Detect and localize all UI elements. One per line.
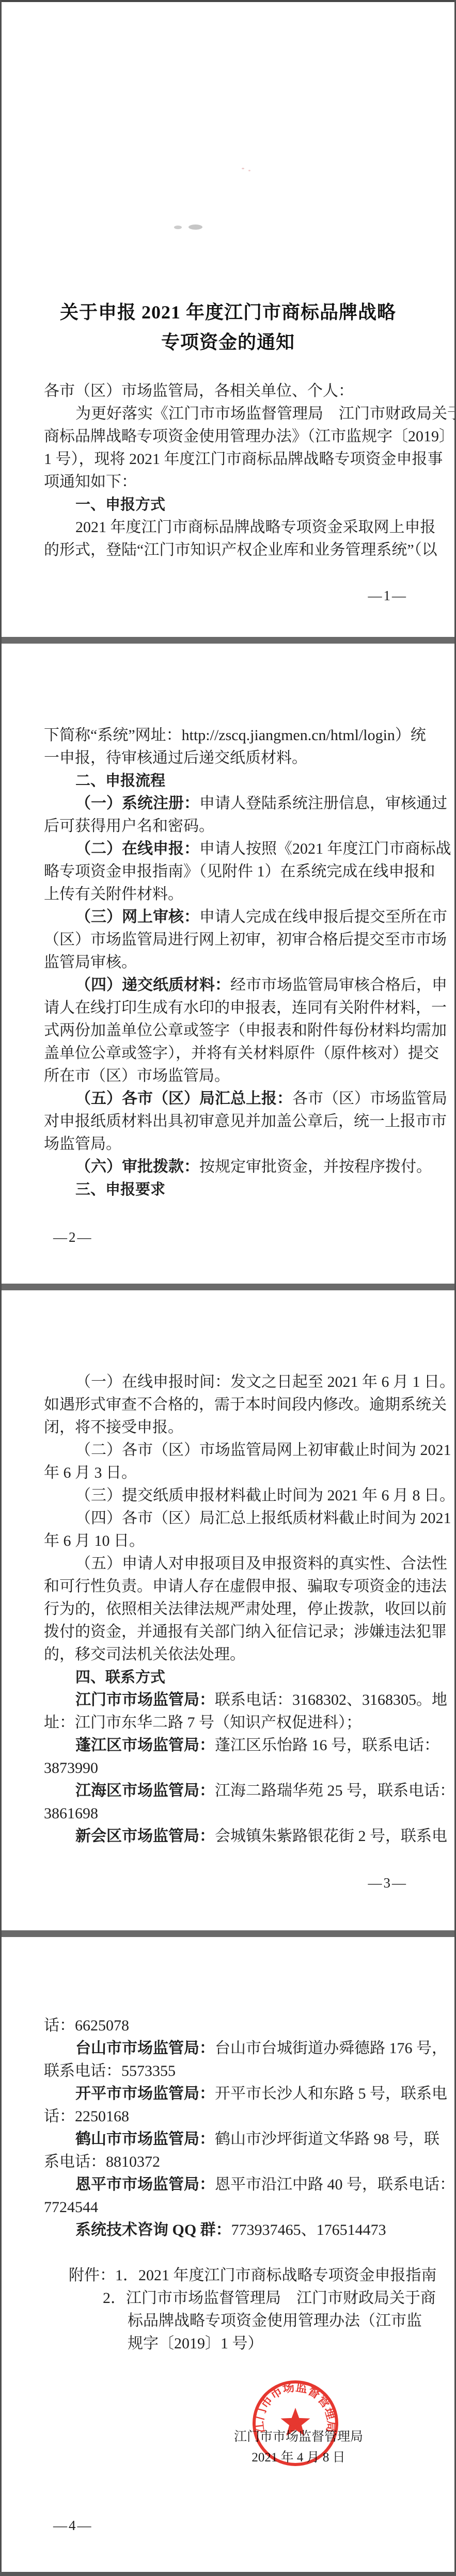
text-line: 二、申报流程 — [44, 770, 421, 792]
text-run: 773937465、176514473 — [231, 2221, 386, 2238]
text-run: 行为的，依照相关法律法规严肃处理，停止拨款，收回以前 — [44, 1601, 447, 1618]
text-run: 为更好落实《江门市市场监督管理局 江门市财政局关于 — [75, 405, 454, 422]
bold-lead-in: （一）系统注册： — [75, 795, 199, 812]
text-run: 各市（区）市场监管局，各相关单位、个人： — [44, 382, 354, 399]
text-line: 规字〔2019〕1 号） — [44, 2332, 421, 2355]
text-line: 闭，将不接受申报。 — [44, 1416, 421, 1439]
text-line: 1 号），现将 2021 年度江门市商标品牌战略专项资金申报事 — [44, 448, 421, 471]
text-run: 鹤山市沙坪街道文华路 98 号，联 — [215, 2131, 439, 2148]
text-run: 式两份加盖单位公章或签字（申报表和附件每份材料均需加 — [44, 1022, 447, 1039]
bold-lead-in: 新会区市场监管局： — [75, 1828, 215, 1845]
page-2: 下简称“系统”网址：http://zscq.jiangmen.cn/html/l… — [2, 644, 454, 1284]
body-block: 下简称“系统”网址：http://zscq.jiangmen.cn/html/l… — [44, 724, 421, 1201]
text-run: 会城镇朱紫路银花街 2 号，联系电 — [215, 1828, 447, 1845]
text-run: 址：江门市东华二路 7 号（知识产权促进科）； — [44, 1714, 361, 1731]
text-run: 上传有关附件材料。 — [44, 886, 183, 903]
text-line: 为更好落实《江门市市场监督管理局 江门市财政局关于 — [44, 403, 421, 425]
text-run: 标品牌战略专项资金使用管理办法（江市监 — [128, 2312, 422, 2329]
text-line: 的，移交司法机关依法处理。 — [44, 1643, 421, 1666]
text-run: 恩平市沿江中路 40 号，联系电话： — [215, 2176, 454, 2193]
official-stamp-icon: 江门市市场监督管理局 — [246, 2374, 344, 2472]
bold-lead-in: 恩平市市场监管局： — [75, 2176, 215, 2193]
text-run: （一）在线申报时间：发文之日起至 2021 年 6 月 1 日。 — [75, 1373, 454, 1390]
text-run: 1 号），现将 2021 年度江门市商标品牌战略专项资金申报事 — [44, 451, 443, 468]
document-title-line: 关于申报 2021 年度江门市商标品牌战略 — [2, 297, 454, 327]
text-line: 的形式，登陆“江门市知识产权企业库和业务管理系统”（以 — [44, 539, 421, 562]
text-line: 场监管局。 — [44, 1133, 421, 1156]
section-heading: 四、联系方式 — [75, 1669, 165, 1686]
text-line: 商标品牌战略专项资金使用管理办法》（江市监规字〔2019〕 — [44, 425, 421, 448]
text-line: （一）在线申报时间：发文之日起至 2021 年 6 月 1 日。 — [44, 1371, 421, 1394]
text-line: 标品牌战略专项资金使用管理办法（江市监 — [44, 2310, 421, 2332]
text-line: 系电话：8810372 — [44, 2151, 421, 2173]
bold-lead-in: （二）在线申报： — [75, 840, 199, 857]
text-run: （区）市场监管局进行网上初审，初审合格后提交至市市场 — [44, 931, 447, 948]
text-line: 联系电话：5573355 — [44, 2060, 421, 2083]
text-run: 场监管局。 — [44, 1135, 121, 1153]
text-run: 2．江门市市场监督管理局 江门市财政局关于商 — [103, 2290, 436, 2307]
text-line: 3873990 — [44, 1757, 421, 1780]
body-block: （一）在线申报时间：发文之日起至 2021 年 6 月 1 日。如遇形式审查不合… — [44, 1371, 421, 1848]
text-run: 开平市长沙人和东路 5 号，联系电 — [215, 2085, 447, 2102]
text-line: 7724544 — [44, 2196, 421, 2219]
scan-artifact — [248, 170, 250, 171]
text-run: 蓬江区乐怡路 16 号，联系电话： — [215, 1737, 439, 1754]
text-line: （一）系统注册：申请人登陆系统注册信息，审核通过 — [44, 792, 421, 815]
bold-lead-in: （四）递交纸质材料： — [75, 977, 230, 994]
bold-lead-in: 开平市市场监管局： — [75, 2085, 215, 2102]
attachments-block: 附件：1．2021 年度江门市商标战略专项资金申报指南2．江门市市场监督管理局 … — [44, 2264, 421, 2355]
text-run: 3861698 — [44, 1805, 98, 1822]
text-run: 2021 年度江门市商标品牌战略专项资金采取网上申报 — [75, 519, 436, 536]
text-line: （区）市场监管局进行网上初审，初审合格后提交至市市场 — [44, 929, 421, 951]
bold-lead-in: 江海区市场监管局： — [75, 1782, 215, 1799]
page-1: 关于申报 2021 年度江门市商标品牌战略专项资金的通知各市（区）市场监管局，各… — [2, 2, 454, 637]
text-line: 2．江门市市场监督管理局 江门市财政局关于商 — [44, 2287, 421, 2310]
body-block: 话：6625078台山市市场监管局：台山市台城街道办舜德路 176 号，联系电话… — [44, 2014, 421, 2242]
page-3: （一）在线申报时间：发文之日起至 2021 年 6 月 1 日。如遇形式审查不合… — [2, 1290, 454, 1930]
text-line: 各市（区）市场监管局，各相关单位、个人： — [44, 380, 421, 403]
text-line: 三、申报要求 — [44, 1178, 421, 1201]
frame-top-strip — [0, 0, 456, 2]
text-run: 7724544 — [44, 2199, 98, 2216]
bold-lead-in: 鹤山市市场监管局： — [75, 2131, 215, 2148]
star-icon — [281, 2408, 310, 2436]
text-line: 四、联系方式 — [44, 1666, 421, 1689]
text-run: 申请人完成在线申报后提交至所在市 — [199, 908, 447, 925]
text-line: 后可获得用户名和密码。 — [44, 815, 421, 838]
text-line: 式两份加盖单位公章或签字（申报表和附件每份材料均需加 — [44, 1019, 421, 1042]
text-run: 各市（区）市场监管局 — [292, 1090, 447, 1107]
text-line: 话：2250168 — [44, 2105, 421, 2128]
text-line: 如遇形式审查不合格的，需于本时间段内修改。逾期系统关 — [44, 1394, 421, 1416]
text-run: 请人在线打印生成有水印的申报表，连同有关附件材料，一 — [44, 999, 447, 1016]
text-run: 台山市台城街道办舜德路 176 号， — [215, 2040, 447, 2057]
page-number: —2— — [53, 1226, 93, 1249]
page-4: 话：6625078台山市市场监管局：台山市台城街道办舜德路 176 号，联系电话… — [2, 1937, 454, 2572]
text-run: 略专项资金申报指南》（见附件 1）在系统完成在线申报和 — [44, 863, 435, 880]
text-run: 按规定审批资金，并按程序拨付。 — [199, 1158, 432, 1175]
text-line: 开平市市场监管局：开平市长沙人和东路 5 号，联系电 — [44, 2083, 421, 2105]
text-line: 址：江门市东华二路 7 号（知识产权促进科）； — [44, 1711, 421, 1734]
section-heading: 一、申报方式 — [75, 497, 165, 513]
text-line: 盖单位公章或签字），并将有关材料原件（原件核对）提交 — [44, 1042, 421, 1065]
text-line: 鹤山市市场监管局：鹤山市沙坪街道文华路 98 号，联 — [44, 2128, 421, 2151]
scan-artifact — [188, 225, 202, 230]
text-run: 后可获得用户名和密码。 — [44, 818, 214, 835]
text-line: 年 6 月 3 日。 — [44, 1462, 421, 1484]
text-run: 的形式，登陆“江门市知识产权企业库和业务管理系统”（以 — [44, 541, 437, 558]
bold-lead-in: （六）审批拨款： — [75, 1158, 199, 1175]
text-run: 申请人登陆系统注册信息，审核通过 — [199, 795, 447, 812]
text-line: 台山市市场监管局：台山市台城街道办舜德路 176 号， — [44, 2037, 421, 2060]
text-line: 附件：1．2021 年度江门市商标战略专项资金申报指南 — [44, 2264, 421, 2287]
text-line: （三）网上审核：申请人完成在线申报后提交至所在市 — [44, 906, 421, 929]
text-line: 江门市市场监管局：联系电话：3168302、3168305。地 — [44, 1689, 421, 1711]
text-line: 江海区市场监管局：江海二路瑞华苑 25 号，联系电话： — [44, 1780, 421, 1802]
text-run: 联系电话：3168302、3168305。地 — [215, 1691, 447, 1708]
frame-left-strip — [0, 0, 2, 2576]
text-run: （二）各市（区）市场监管局网上初审截止时间为 2021 — [75, 1442, 451, 1459]
text-run: 项通知如下： — [44, 473, 137, 490]
text-run: 年 6 月 10 日。 — [44, 1532, 145, 1549]
text-line: （五）申请人对申报项目及申报资料的真实性、合法性 — [44, 1553, 421, 1575]
text-line: 蓬江区市场监管局：蓬江区乐怡路 16 号，联系电话： — [44, 1734, 421, 1757]
text-run: 附件：1．2021 年度江门市商标战略专项资金申报指南 — [69, 2267, 437, 2284]
text-run: 拨付的资金，并通报有关部门纳入征信记录；涉嫌违法犯罪 — [44, 1623, 447, 1640]
text-run: 江海二路瑞华苑 25 号，联系电话： — [215, 1782, 454, 1799]
text-line: （二）各市（区）市场监管局网上初审截止时间为 2021 — [44, 1439, 421, 1462]
text-run: （三）提交纸质申报材料截止时间为 2021 年 6 月 8 日。 — [75, 1487, 454, 1504]
text-line: （四）各市（区）局汇总上报纸质材料截止时间为 2021 — [44, 1507, 421, 1530]
text-line: （四）递交纸质材料：经市市场监管局审核合格后，申 — [44, 974, 421, 997]
text-run: 联系电话：5573355 — [44, 2062, 176, 2079]
text-line: 拨付的资金，并通报有关部门纳入征信记录；涉嫌违法犯罪 — [44, 1621, 421, 1643]
text-line: 下简称“系统”网址：http://zscq.jiangmen.cn/html/l… — [44, 724, 421, 747]
page-number: —3— — [368, 1871, 408, 1894]
document-title-line: 专项资金的通知 — [2, 327, 454, 357]
text-line: 对申报纸质材料出具初审意见并加盖公章后，统一上报市市 — [44, 1110, 421, 1133]
text-line: 新会区市场监管局：会城镇朱紫路银花街 2 号，联系电 — [44, 1825, 421, 1848]
text-line: （六）审批拨款：按规定审批资金，并按程序拨付。 — [44, 1156, 421, 1178]
text-run: 下简称“系统”网址：http://zscq.jiangmen.cn/html/l… — [44, 727, 426, 744]
text-run: 盖单位公章或签字），并将有关材料原件（原件核对）提交 — [44, 1045, 439, 1062]
text-line: 一、申报方式 — [44, 493, 421, 516]
text-line: 话：6625078 — [44, 2014, 421, 2037]
text-line: （三）提交纸质申报材料截止时间为 2021 年 6 月 8 日。 — [44, 1484, 421, 1507]
text-run: 闭，将不接受申报。 — [44, 1419, 183, 1436]
text-run: 的，移交司法机关依法处理。 — [44, 1646, 245, 1663]
frame-bottom-strip — [0, 2572, 456, 2576]
text-run: 如遇形式审查不合格的，需于本时间段内修改。逾期系统关 — [44, 1396, 447, 1413]
bold-lead-in: 江门市市场监管局： — [75, 1691, 215, 1708]
bold-lead-in: 蓬江区市场监管局： — [75, 1737, 215, 1754]
text-line: 略专项资金申报指南》（见附件 1）在系统完成在线申报和 — [44, 860, 421, 883]
text-run: （四）各市（区）局汇总上报纸质材料截止时间为 2021 — [75, 1510, 451, 1527]
intro-block: 各市（区）市场监管局，各相关单位、个人：为更好落实《江门市市场监督管理局 江门市… — [44, 380, 421, 562]
text-run: 申请人按照《2021 年度江门市商标战 — [199, 840, 451, 857]
text-run: 3873990 — [44, 1759, 98, 1777]
text-line: （五）各市（区）局汇总上报：各市（区）市场监管局 — [44, 1087, 421, 1110]
text-run: 年 6 月 3 日。 — [44, 1464, 137, 1481]
section-heading: 三、申报要求 — [75, 1181, 165, 1198]
bold-lead-in: 台山市市场监管局： — [75, 2040, 215, 2057]
text-line: 行为的，依照相关法律法规严肃处理，停止拨款，收回以前 — [44, 1598, 421, 1621]
text-run: 一申报，待审核通过后递交纸质材料。 — [44, 749, 307, 766]
document: 关于申报 2021 年度江门市商标品牌战略专项资金的通知各市（区）市场监管局，各… — [0, 0, 456, 2576]
text-line: 一申报，待审核通过后递交纸质材料。 — [44, 747, 421, 770]
bold-lead-in: （三）网上审核： — [75, 908, 199, 925]
section-heading: 二、申报流程 — [75, 773, 165, 789]
text-run: （五）申请人对申报项目及申报资料的真实性、合法性 — [75, 1555, 447, 1572]
text-run: 话：6625078 — [44, 2017, 129, 2034]
text-run: 话：2250168 — [44, 2108, 129, 2125]
text-run: 规字〔2019〕1 号） — [128, 2335, 263, 2352]
text-run: 对申报纸质材料出具初审意见并加盖公章后，统一上报市市 — [44, 1113, 447, 1130]
text-line: 恩平市市场监管局：恩平市沿江中路 40 号，联系电话： — [44, 2173, 421, 2196]
text-line: 2021 年度江门市商标品牌战略专项资金采取网上申报 — [44, 516, 421, 539]
text-line: 和可行性负责。申请人存在虚假申报、骗取专项资金的违法 — [44, 1575, 421, 1598]
text-line: 所在市（区）市场监管局。 — [44, 1065, 421, 1087]
text-run: 系电话：8810372 — [44, 2153, 160, 2170]
scan-artifact — [174, 226, 182, 229]
text-line: 年 6 月 10 日。 — [44, 1530, 421, 1553]
text-line: 请人在线打印生成有水印的申报表，连同有关附件材料，一 — [44, 997, 421, 1019]
scan-artifact — [242, 168, 244, 169]
bold-lead-in: （五）各市（区）局汇总上报： — [75, 1090, 292, 1107]
text-run: 所在市（区）市场监管局。 — [44, 1067, 230, 1084]
text-line: 项通知如下： — [44, 471, 421, 493]
text-line: 上传有关附件材料。 — [44, 883, 421, 906]
text-run: 商标品牌战略专项资金使用管理办法》（江市监规字〔2019〕 — [44, 428, 454, 445]
page-number: —4— — [53, 2514, 93, 2537]
text-run: 监管局审核。 — [44, 954, 137, 971]
document-title: 关于申报 2021 年度江门市商标品牌战略专项资金的通知 — [2, 297, 454, 357]
text-line: （二）在线申报：申请人按照《2021 年度江门市商标战 — [44, 838, 421, 860]
text-line: 系统技术咨询 QQ 群：773937465、176514473 — [44, 2219, 421, 2242]
text-line: 3861698 — [44, 1802, 421, 1825]
text-run: 和可行性负责。申请人存在虚假申报、骗取专项资金的违法 — [44, 1578, 447, 1595]
bold-lead-in: 系统技术咨询 QQ 群： — [75, 2221, 231, 2238]
text-run: 经市市场监管局审核合格后，申 — [230, 977, 447, 994]
page-number: —1— — [368, 584, 408, 607]
text-line: 监管局审核。 — [44, 951, 421, 974]
